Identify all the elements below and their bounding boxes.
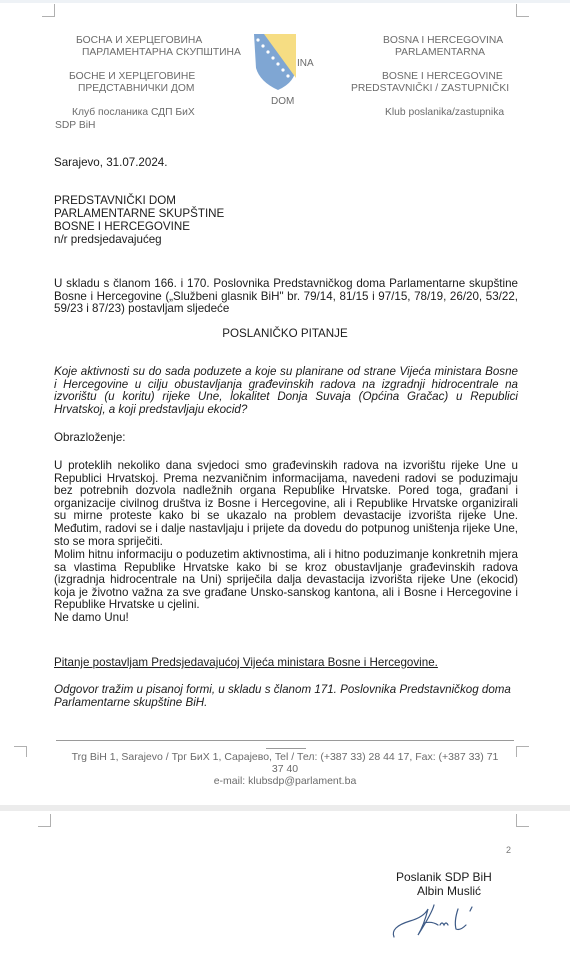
recipient-line4: n/r predsjedavajućeg bbox=[54, 234, 518, 247]
signature-role: Poslanik SDP BiH bbox=[396, 870, 492, 884]
margin-mark-footer-right bbox=[516, 746, 529, 757]
question-paragraph: Koje aktivnosti su do sada poduzete a ko… bbox=[54, 366, 518, 416]
margin-mark-top-left bbox=[42, 4, 55, 17]
footer-divider bbox=[56, 740, 514, 741]
page-break bbox=[0, 805, 570, 811]
page-number: 2 bbox=[506, 845, 511, 855]
explanation-paragraph-3: Ne damo Unu! bbox=[54, 612, 518, 625]
letterhead-right-line4: PREDSTAVNIČKI / ZASTUPNIČKI bbox=[351, 82, 509, 95]
answer-request: Odgovor tražim u pisanoj formi, u skladu… bbox=[54, 684, 518, 709]
letterhead-center-ina: INA bbox=[297, 58, 314, 69]
document-title: POSLANIČKO PITANJE bbox=[0, 327, 570, 340]
letterhead-left-line5: Клуб посланика СДП БиХ bbox=[72, 106, 195, 119]
top-bar bbox=[0, 0, 570, 3]
explanation-paragraph-2: Molim hitnu informaciju o poduzetim akti… bbox=[54, 549, 518, 612]
document-date: Sarajevo, 31.07.2024. bbox=[54, 157, 518, 170]
letterhead-left-line2: ПАРЛАМЕНТАРНА СКУПШТИНА bbox=[82, 46, 241, 59]
margin-mark-top-right bbox=[516, 4, 529, 17]
intro-paragraph: U skladu s članom 166. i 170. Poslovnika… bbox=[54, 278, 518, 316]
margin-mark-bottom-left bbox=[38, 814, 51, 827]
explanation-paragraph-1: U proteklih nekoliko dana svjedoci smo g… bbox=[54, 460, 518, 548]
letterhead-center-dom: DOM bbox=[271, 96, 294, 107]
recipient-line1: PREDSTAVNIČKI DOM bbox=[54, 195, 518, 208]
addressee-line: Pitanje postavljam Predsjedavajućoj Vije… bbox=[54, 657, 518, 670]
margin-mark-footer-left bbox=[14, 746, 27, 757]
recipient-line2: PARLAMENTARNE SKUPŠTINE bbox=[54, 208, 518, 221]
footer-divider-tick bbox=[266, 748, 306, 749]
letterhead-right-line2: PARLAMENTARNA bbox=[395, 46, 485, 59]
footer-email: e-mail: klubsdp@parlament.ba bbox=[56, 775, 514, 788]
explanation-label: Obrazloženje: bbox=[54, 432, 518, 445]
letterhead-left-line6: SDP BiH bbox=[55, 119, 95, 132]
recipient-line3: BOSNE I HERCEGOVINE bbox=[54, 221, 518, 234]
letterhead-left-line4: ПРЕДСТАВНИЧКИ ДОМ bbox=[78, 82, 194, 95]
margin-mark-bottom-right bbox=[516, 814, 529, 827]
handwritten-signature-icon bbox=[388, 895, 488, 945]
bih-coat-of-arms-icon bbox=[252, 34, 302, 90]
letterhead-right-line5: Klub poslanika/zastupnika bbox=[385, 106, 504, 119]
